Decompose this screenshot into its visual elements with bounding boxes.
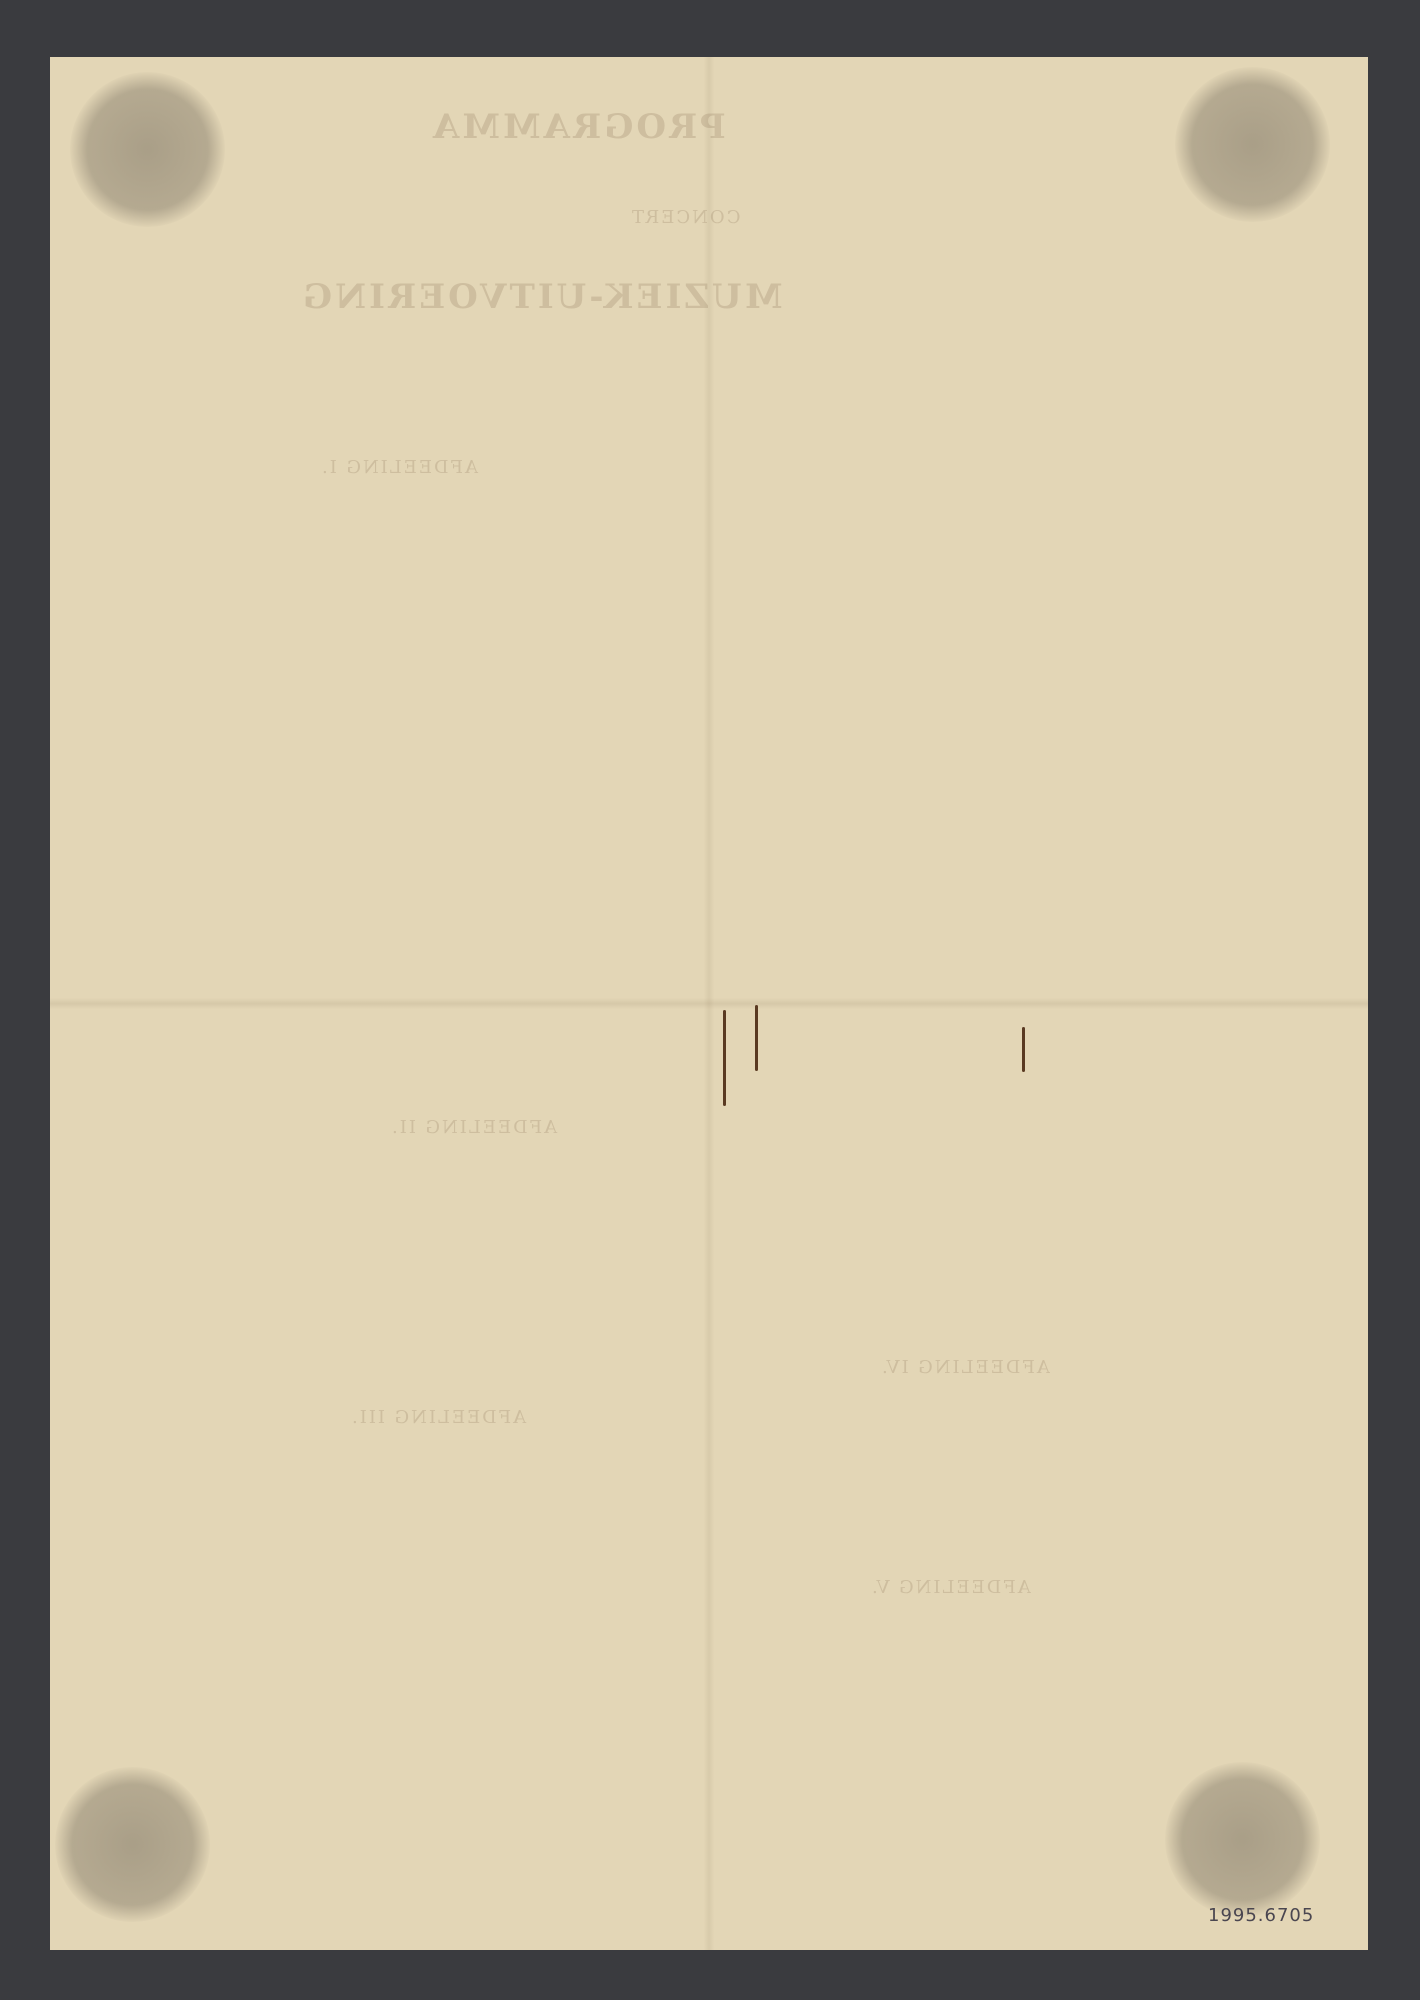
ghost-section: AFDEELING III. <box>350 1407 526 1428</box>
ghost-section: AFDEELING V. <box>870 1577 1031 1598</box>
ghost-subheading: CONCERT <box>630 207 740 228</box>
corner-stain-bottom-left <box>55 1767 210 1922</box>
corner-stain-top-right <box>1175 67 1330 222</box>
document-sheet: PROGRAMMA CONCERT MUZIEK-UITVOERING AFDE… <box>50 57 1368 1950</box>
ghost-heading: PROGRAMMA <box>430 107 726 147</box>
ghost-section: AFDEELING I. <box>320 457 478 478</box>
accession-number: 1995.6705 <box>1208 1905 1314 1926</box>
ghost-heading-2: MUZIEK-UITVOERING <box>300 277 783 317</box>
ink-mark <box>1022 1027 1025 1072</box>
corner-stain-top-left <box>70 72 225 227</box>
ink-mark <box>755 1005 758 1071</box>
ink-mark <box>723 1010 726 1106</box>
corner-stain-bottom-right <box>1165 1762 1320 1917</box>
ghost-section: AFDEELING II. <box>390 1117 557 1138</box>
ghost-section: AFDEELING IV. <box>880 1357 1050 1378</box>
